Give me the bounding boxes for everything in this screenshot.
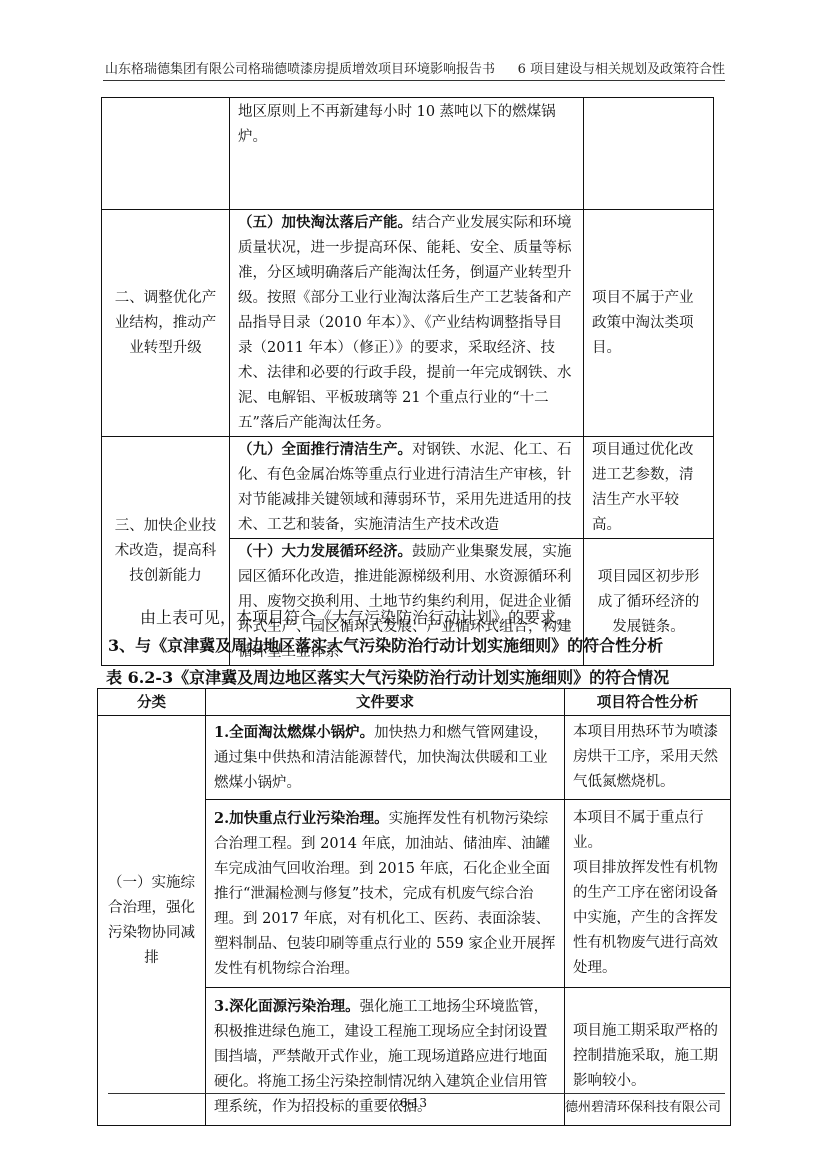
header-requirement: 文件要求: [206, 689, 565, 716]
analysis-cell: 本项目用热环节为喷漆房烘干工序，采用天然气低氮燃烧机。: [565, 716, 731, 800]
requirement-text: 实施挥发性有机物污染综合治理工程。到 2014 年底，加油站、储油库、油罐车完成…: [214, 811, 555, 977]
requirement-text: 强化施工工地扬尘环境监管，积极推进绿色施工，建设工程施工现场应全封闭设置围挡墙，…: [214, 999, 548, 1115]
page-number: 6-13: [400, 1096, 427, 1110]
table-caption: 表 6.2-3《京津冀及周边地区落实大气污染防治行动计划实施细则》的符合情况: [106, 665, 669, 688]
requirement-cell: （九）全面推行清洁生产。对钢铁、水泥、化工、石化、有色金属冶炼等重点行业进行清洁…: [230, 437, 584, 539]
header-doc-title: 山东格瑞德集团有限公司格瑞德喷漆房提质增效项目环境影响报告书: [105, 58, 495, 77]
table-row: 三、加快企业技术改造，提高科技创新能力 （九）全面推行清洁生产。对钢铁、水泥、化…: [102, 437, 714, 539]
requirement-cell: 1.全面淘汰燃煤小锅炉。加快热力和燃气管网建设，通过集中供热和清洁能源替代，加快…: [206, 716, 565, 800]
table-row: 二、调整优化产业结构，推动产业转型升级 （五）加快淘汰落后产能。结合产业发展实际…: [102, 210, 714, 437]
requirement-title: （十）大力发展循环经济。: [238, 543, 412, 560]
table-header-row: 分类 文件要求 项目符合性分析: [98, 689, 731, 716]
category-cell: 二、调整优化产业结构，推动产业转型升级: [102, 210, 230, 437]
footer-company: 德州碧清环保科技有限公司: [565, 1096, 721, 1115]
requirement-text: 结合产业发展实际和环境质量状况，进一步提高环保、能耗、安全、质量等标准，分区域明…: [238, 215, 572, 431]
requirement-cell: 地区原则上不再新建每小时 10 蒸吨以下的燃煤锅炉。: [230, 98, 584, 210]
section-heading: 3、与《京津冀及周边地区落实大气污染防治行动计划实施细则》的符合性分析: [108, 633, 663, 656]
header-chapter-title: 6 项目建设与相关规划及政策符合性: [518, 58, 725, 77]
page-header: 山东格瑞德集团有限公司格瑞德喷漆房提质增效项目环境影响报告书 6 项目建设与相关…: [105, 58, 725, 77]
category-cell: [102, 98, 230, 210]
requirement-cell: 2.加快重点行业污染治理。实施挥发性有机物污染综合治理工程。到 2014 年底，…: [206, 800, 565, 988]
requirement-title: 3.深化面源污染治理。: [214, 998, 360, 1015]
requirement-cell: 3.深化面源污染治理。强化施工工地扬尘环境监管，积极推进绿色施工，建设工程施工现…: [206, 988, 565, 1126]
table-row: （一）实施综合治理，强化污染物协同减排 1.全面淘汰燃煤小锅炉。加快热力和燃气管…: [98, 716, 731, 800]
footer-divider: [108, 1093, 725, 1094]
requirement-cell: （五）加快淘汰落后产能。结合产业发展实际和环境质量状况，进一步提高环保、能耗、安…: [230, 210, 584, 437]
requirement-title: （九）全面推行清洁生产。: [238, 441, 412, 458]
conclusion-text: 由上表可见，本项目符合《大气污染防治行动计划》的要求。: [140, 605, 572, 628]
policy-table-1: 地区原则上不再新建每小时 10 蒸吨以下的燃煤锅炉。 二、调整优化产业结构，推动…: [101, 97, 714, 666]
category-cell: （一）实施综合治理，强化污染物协同减排: [98, 716, 206, 1126]
header-divider: [103, 80, 725, 81]
table-row: 地区原则上不再新建每小时 10 蒸吨以下的燃煤锅炉。: [102, 98, 714, 210]
requirement-title: 1.全面淘汰燃煤小锅炉。: [214, 724, 374, 741]
analysis-cell: [584, 98, 714, 210]
header-analysis: 项目符合性分析: [565, 689, 731, 716]
header-category: 分类: [98, 689, 206, 716]
requirement-text: 地区原则上不再新建每小时 10 蒸吨以下的燃煤锅炉。: [238, 104, 556, 145]
requirement-title: （五）加快淘汰落后产能。: [238, 214, 412, 231]
policy-table-2: 分类 文件要求 项目符合性分析 （一）实施综合治理，强化污染物协同减排 1.全面…: [97, 688, 731, 1126]
analysis-cell: 项目不属于产业政策中淘汰类项目。: [584, 210, 714, 437]
requirement-title: 2.加快重点行业污染治理。: [214, 810, 389, 827]
category-cell: 三、加快企业技术改造，提高科技创新能力: [102, 437, 230, 666]
analysis-cell: 本项目不属于重点行业。 项目排放挥发性有机物的生产工序在密闭设备中实施，产生的含…: [565, 800, 731, 988]
analysis-cell: 项目通过优化改进工艺参数，清洁生产水平较高。: [584, 437, 714, 539]
